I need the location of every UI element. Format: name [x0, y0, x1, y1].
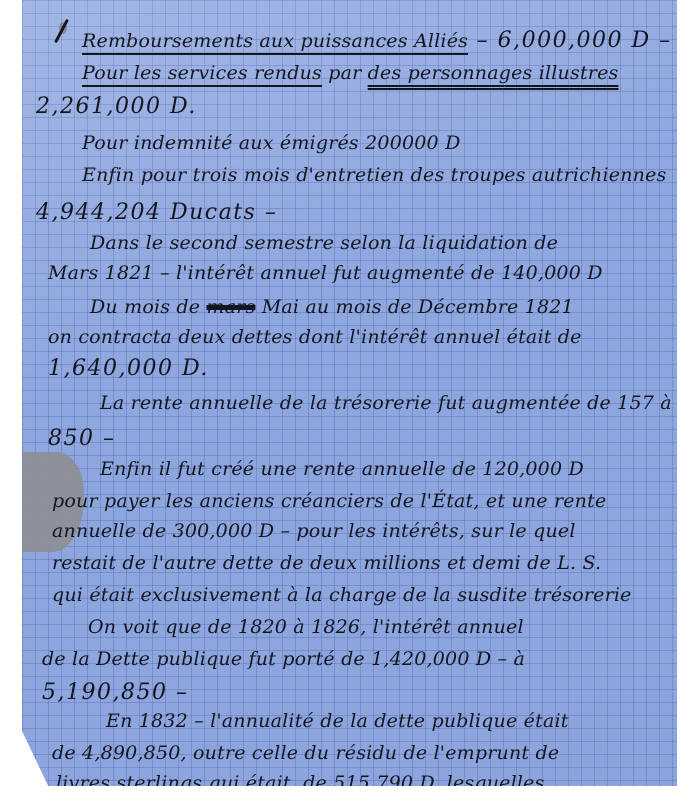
text-segment: On voit que de 1820 à 1826, l'intérêt an… [88, 616, 524, 638]
line-22: En 1832 – l'annualité de la dette publiq… [106, 710, 569, 732]
line-8: Mars 1821 – l'intérêt annuel fut augment… [48, 262, 603, 284]
amount: 1,640,000 D. [48, 356, 209, 381]
manuscript-page: Remboursements aux puissances Alliés – 6… [22, 0, 677, 786]
text-segment: Du mois de [90, 296, 206, 318]
text-segment: pour payer les anciens créanciers de l'É… [52, 490, 606, 512]
struck-word: mars [206, 296, 255, 318]
text-segment: annuelle de 300,000 D – pour les intérêt… [52, 520, 576, 542]
text-segment: de la Dette publique fut porté de 1,420,… [42, 648, 525, 670]
line-3: 2,261,000 D. [36, 94, 197, 119]
line-1: Remboursements aux puissances Alliés – 6… [82, 28, 672, 53]
amount: 5,190,850 – [42, 680, 188, 705]
text-segment: livres sterlings qui était, de 515,790 D… [56, 772, 545, 794]
text-segment: Pour indemnité aux émigrés 200000 D [82, 132, 461, 154]
text-segment: En 1832 – l'annualité de la dette publiq… [106, 710, 569, 732]
line-13: 850 – [48, 426, 115, 451]
line-4: Pour indemnité aux émigrés 200000 D [82, 132, 461, 154]
line-5: Enfin pour trois mois d'entretien des tr… [82, 164, 666, 186]
line-19: On voit que de 1820 à 1826, l'intérêt an… [88, 616, 524, 638]
text-segment: on contracta deux dettes dont l'intérêt … [48, 326, 582, 348]
line-20: de la Dette publique fut porté de 1,420,… [42, 648, 525, 670]
line-24: livres sterlings qui était, de 515,790 D… [56, 772, 545, 794]
amount: 2,261,000 D. [36, 94, 197, 119]
text-segment: Pour les services rendus [82, 62, 322, 84]
text-segment: Mars 1821 – l'intérêt annuel fut augment… [48, 262, 603, 284]
line-10: on contracta deux dettes dont l'intérêt … [48, 326, 582, 348]
text-segment: La rente annuelle de la trésorerie fut a… [100, 392, 672, 414]
text-segment: Remboursements aux puissances Alliés [82, 30, 468, 52]
line-11: 1,640,000 D. [48, 356, 209, 381]
text-segment: restait de l'autre dette de deux million… [52, 552, 601, 574]
amount: 4,944,204 Ducats – [36, 200, 277, 225]
text-segment: Dans le second semestre selon la liquida… [90, 232, 558, 254]
line-21: 5,190,850 – [42, 680, 188, 705]
line-9: Du mois de mars Mai au mois de Décembre … [90, 296, 574, 318]
line-15: pour payer les anciens créanciers de l'É… [52, 490, 606, 512]
line-12: La rente annuelle de la trésorerie fut a… [100, 392, 672, 414]
line-7: Dans le second semestre selon la liquida… [90, 232, 558, 254]
line-23: de 4,890,850, outre celle du résidu de l… [52, 742, 559, 764]
line-2: Pour les services rendus par des personn… [82, 62, 618, 84]
text-segment: qui était exclusivement à la charge de l… [52, 584, 632, 606]
text-segment: – 6,000,000 D – [468, 28, 672, 53]
text-segment: des personnages illustres [368, 62, 619, 84]
line-6: 4,944,204 Ducats – [36, 200, 277, 225]
line-17: restait de l'autre dette de deux million… [52, 552, 601, 574]
text-segment: par [322, 62, 368, 84]
line-14: Enfin il fut créé une rente annuelle de … [100, 458, 584, 480]
text-segment: Enfin il fut créé une rente annuelle de … [100, 458, 584, 480]
line-18: qui était exclusivement à la charge de l… [52, 584, 632, 606]
amount: 850 – [48, 426, 115, 451]
line-16: annuelle de 300,000 D – pour les intérêt… [52, 520, 576, 542]
text-segment: Enfin pour trois mois d'entretien des tr… [82, 164, 666, 186]
text-segment: Mai au mois de Décembre 1821 [255, 296, 573, 318]
text-segment: de 4,890,850, outre celle du résidu de l… [52, 742, 559, 764]
